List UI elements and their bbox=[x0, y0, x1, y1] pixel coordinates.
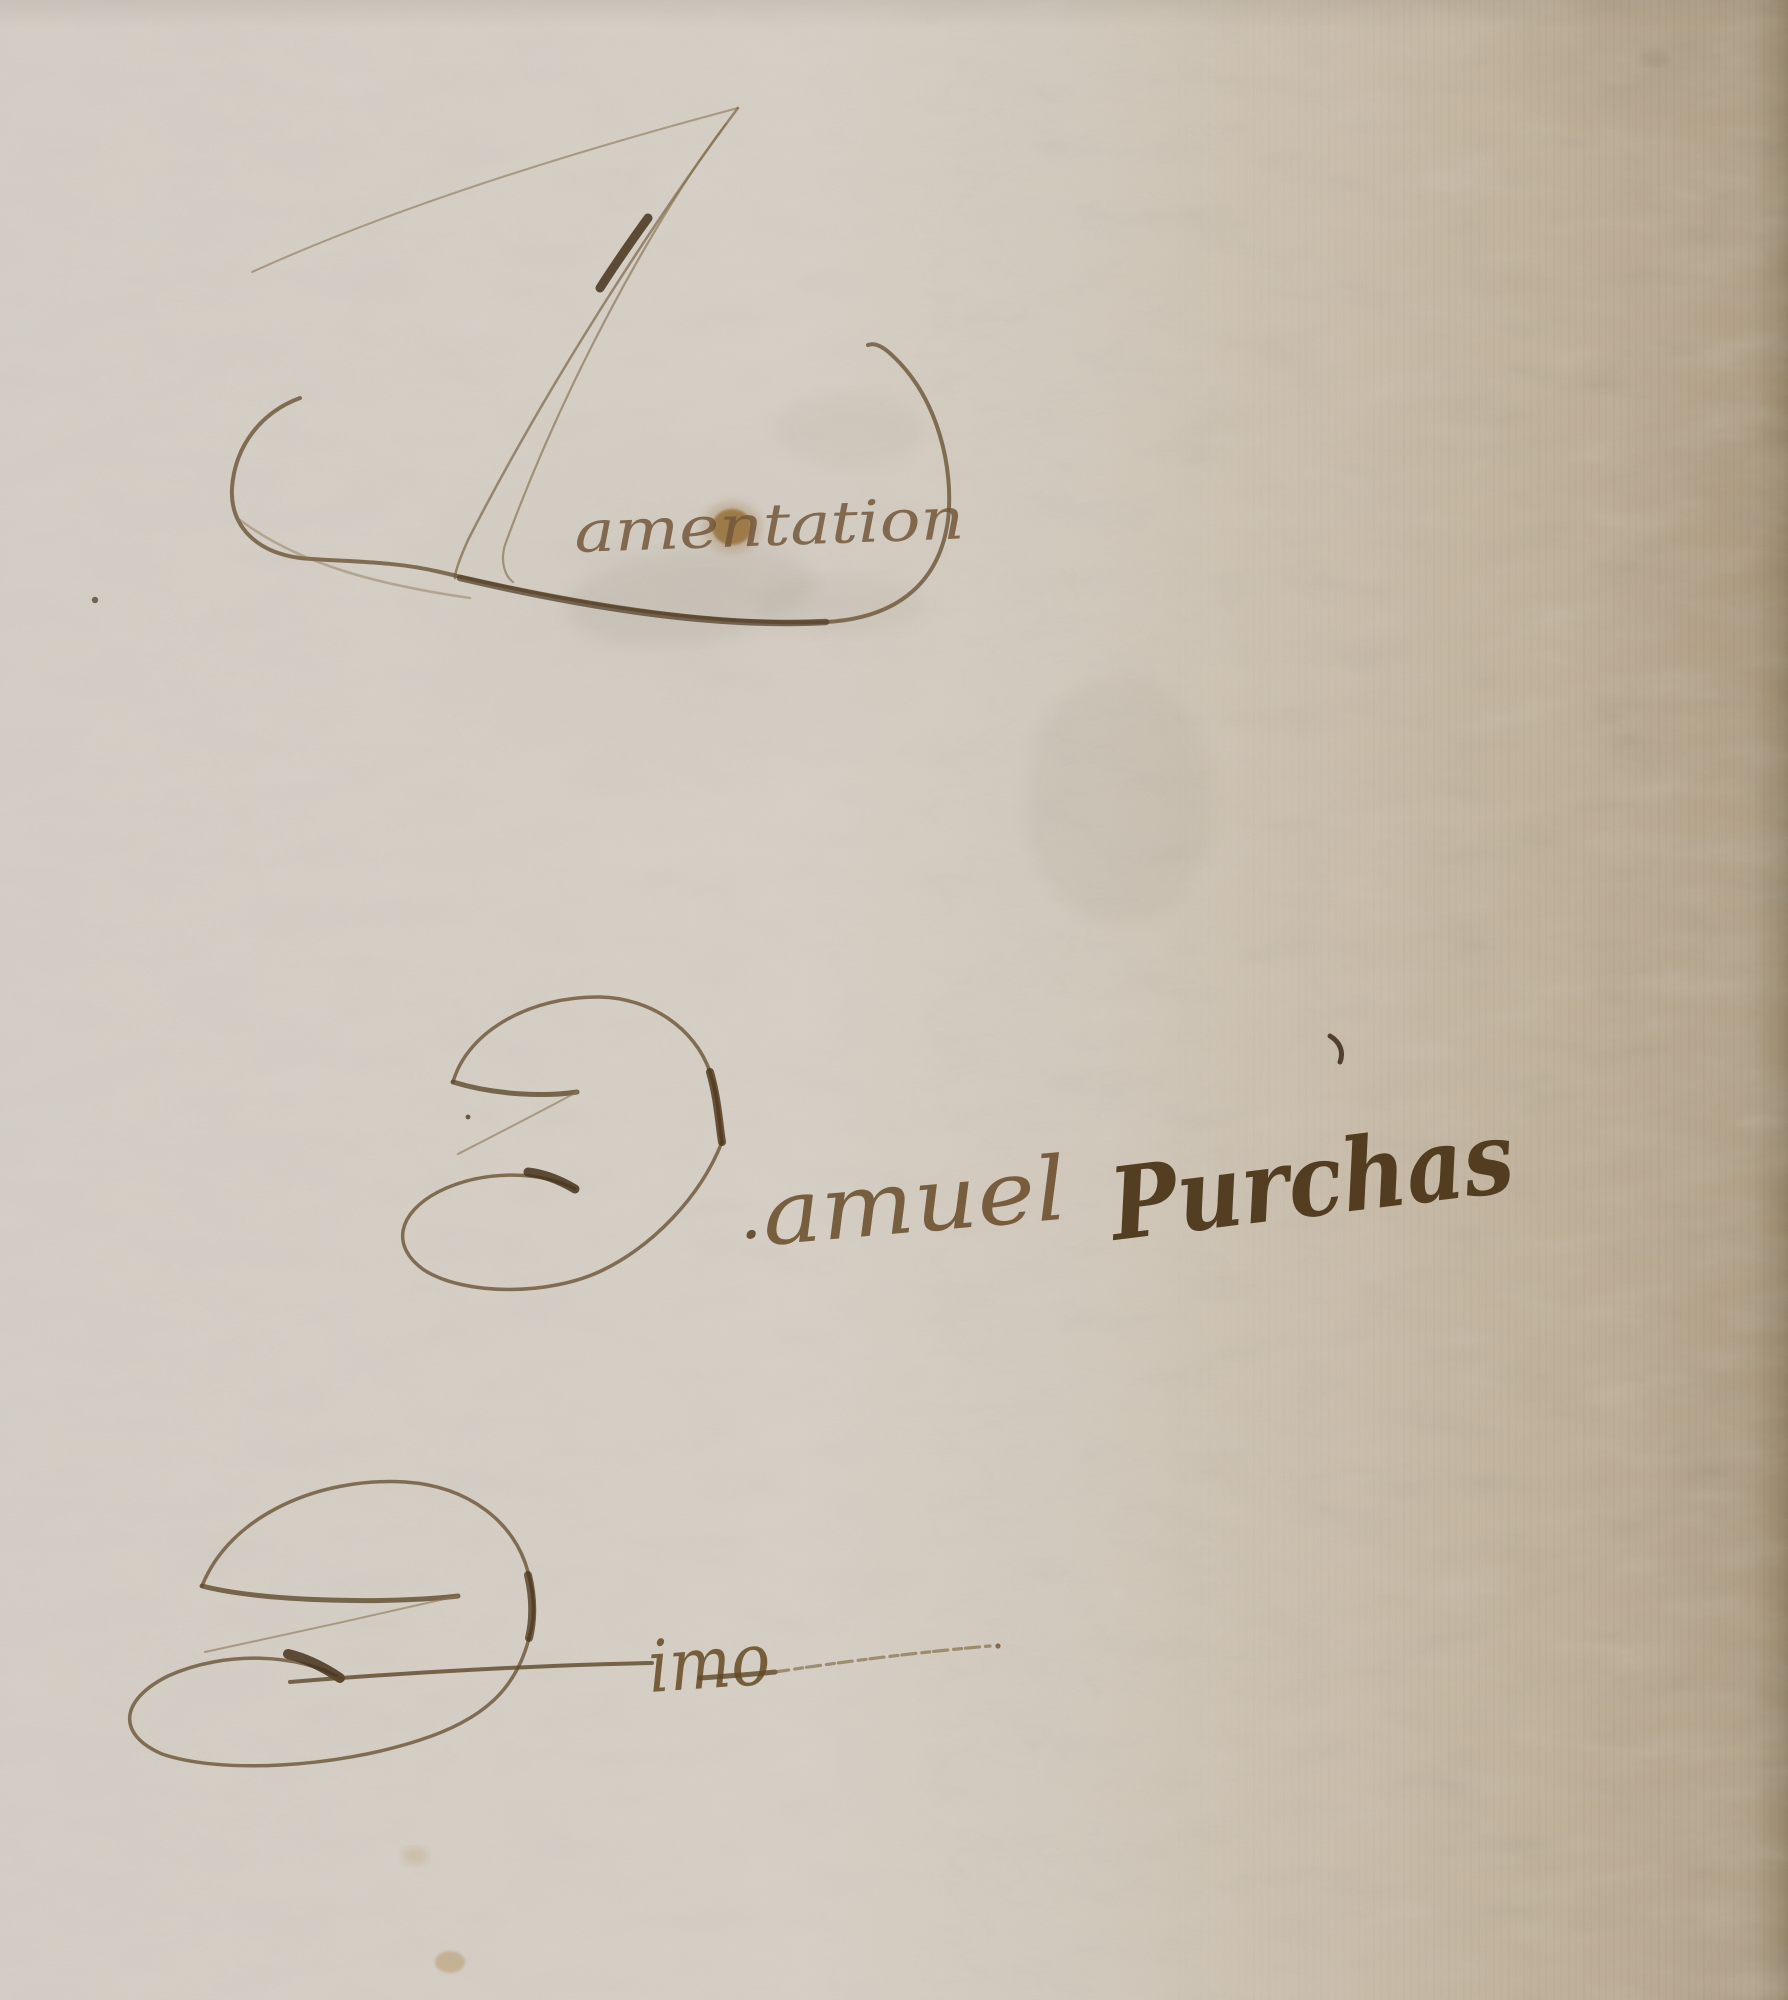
manuscript-artwork: amentation . amuel Purchas bbox=[0, 0, 1788, 2000]
pen-stroke bbox=[528, 1575, 532, 1638]
dark-smudge bbox=[1639, 50, 1671, 66]
word-amentation: amentation bbox=[573, 484, 965, 566]
word-imo: imo bbox=[645, 1617, 773, 1709]
gutter-mottle-overlay bbox=[880, 0, 1788, 2000]
ink-speck bbox=[466, 1115, 471, 1120]
graphite-smudge bbox=[775, 392, 925, 468]
manuscript-page: amentation . amuel Purchas bbox=[0, 0, 1788, 2000]
foxing-spot bbox=[402, 1847, 428, 1865]
show-through-cloud bbox=[1025, 675, 1215, 925]
ink-speck bbox=[995, 1643, 1000, 1648]
ink-speck bbox=[92, 597, 98, 603]
foxing-spot bbox=[435, 1951, 465, 1973]
